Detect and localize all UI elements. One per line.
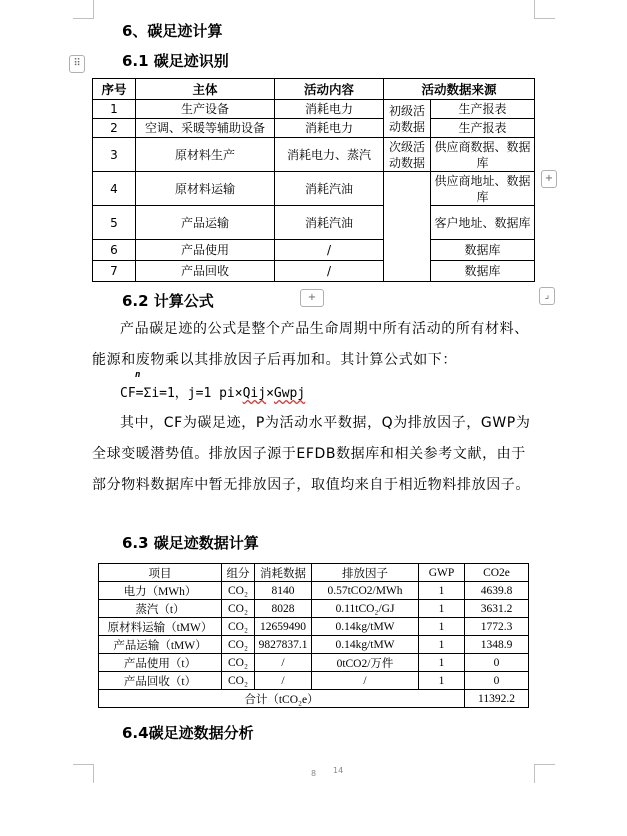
table-row: 产品使用（t） CO₂ / 0tCO2/万件 1 0 — [99, 654, 529, 672]
heading-6-3: 6.3 碳足迹数据计算 — [122, 532, 259, 553]
table-row: 原材料运输（tMW） CO₂ 12659490 0.14kg/tMW 1 177… — [99, 618, 529, 636]
col-header: 主体 — [136, 79, 275, 100]
total-value: 11392.2 — [465, 690, 529, 708]
table-row: 3 原材料生产 消耗电力、蒸汽 次级活动数据 供应商数据、数据库 — [93, 138, 535, 172]
col-header: 序号 — [93, 79, 136, 100]
page-corner-mark — [534, 0, 555, 19]
table-row: 6 产品使用 / 数据库 — [93, 240, 535, 261]
page-corner-mark — [73, 0, 94, 19]
table-move-handle-icon[interactable]: ⠿ — [69, 55, 85, 73]
table-row: 4 原材料运输 消耗汽油 供应商地址、数据库 — [93, 172, 535, 206]
paragraph-formula-explanation: 其中，CF为碳足迹，P为活动水平数据，Q为排放因子，GWP为全球变暖潜势值。排放… — [92, 408, 532, 501]
heading-6-4: 6.4碳足迹数据分析 — [122, 722, 254, 743]
col-header: 活动内容 — [275, 79, 384, 100]
heading-6: 6、碳足迹计算 — [122, 20, 222, 41]
group-secondary: 次级活动数据 — [384, 138, 431, 172]
col-header: 活动数据来源 — [384, 79, 535, 100]
table-resize-icon[interactable]: ⌟ — [539, 287, 555, 305]
table-row: 7 产品回收 / 数据库 — [93, 261, 535, 282]
page-total: 14 — [333, 766, 343, 775]
heading-6-2: 6.2 计算公式 — [122, 290, 214, 311]
add-column-icon[interactable]: + — [541, 170, 557, 188]
table-row: 产品运输（tMW） CO₂ 9827837.1 0.14kg/tMW 1 134… — [99, 636, 529, 654]
table-row: 1 生产设备 消耗电力 初级活动数据 生产报表 — [93, 100, 535, 119]
page-number: 8 — [311, 769, 316, 778]
total-row: 合计（tCO₂e） 11392.2 — [99, 690, 529, 708]
group-primary: 初级活动数据 — [384, 100, 431, 138]
table-row: 电力（MWh） CO₂ 8140 0.57tCO2/MWh 1 4639.8 — [99, 582, 529, 600]
add-row-icon[interactable]: + — [300, 289, 324, 307]
total-label: 合计（tCO₂e） — [99, 690, 465, 708]
table-row: 蒸汽（t） CO₂ 8028 0.11tCO₂/GJ 1 3631.2 — [99, 600, 529, 618]
page-corner-mark — [534, 764, 555, 783]
paragraph-formula-intro: 产品碳足迹的公式是整个产品生命周期中所有活动的所有材料、能源和废物乘以其排放因子… — [92, 314, 532, 376]
page-corner-mark — [73, 764, 94, 783]
carbon-identification-table: 序号 主体 活动内容 活动数据来源 1 生产设备 消耗电力 初级活动数据 生产报… — [92, 78, 535, 282]
heading-6-1: 6.1 碳足迹识别 — [122, 50, 229, 71]
table-row: 5 产品运输 消耗汽油 客户地址、数据库 — [93, 206, 535, 240]
formula: CF=Σni=1，j=1 pi×Qij×Gwpj — [120, 382, 305, 401]
carbon-calculation-table: 项目 组分 消耗数据 排放因子 GWP CO2e 电力（MWh） CO₂ 814… — [98, 563, 529, 708]
table-row: 2 空调、采暖等辅助设备 消耗电力 生产报表 — [93, 119, 535, 138]
table-row: 产品回收（t） CO₂ / / 1 0 — [99, 672, 529, 690]
